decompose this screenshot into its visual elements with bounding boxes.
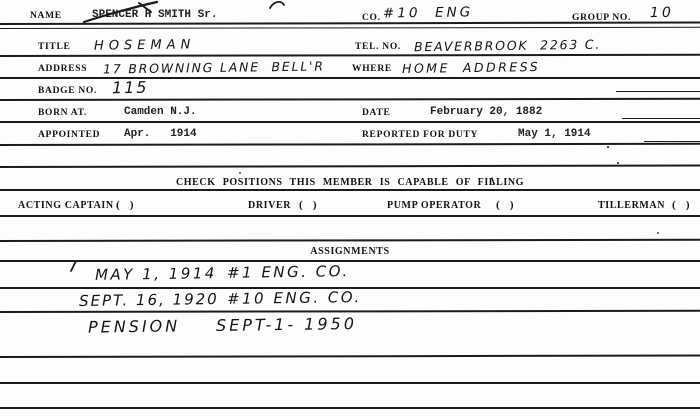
position-pump-operator-label: PUMP OPERATOR — [387, 200, 481, 211]
reported-for-duty-label: REPORTED FOR DUTY — [362, 130, 478, 140]
reported-for-duty-value: May 1, 1914 — [518, 128, 591, 140]
rule-line-fragment — [644, 141, 700, 142]
assignment-3-unit: SEPT-1- 1950 — [216, 314, 357, 335]
rule-line — [0, 165, 700, 168]
rule-line — [0, 143, 700, 146]
position-pump-operator-checkbox: ( ) — [496, 199, 514, 211]
tel-no-label: TEL. NO. — [355, 42, 401, 52]
group-no-label: GROUP NO. — [572, 13, 631, 23]
title-label: TITLE — [38, 42, 71, 52]
rule-line — [0, 407, 700, 409]
position-acting-captain-checkbox: ( ) — [116, 199, 134, 211]
rule-line — [0, 26, 700, 29]
date-label: DATE — [362, 108, 391, 118]
rule-line — [0, 189, 700, 191]
rule-line — [0, 260, 700, 262]
position-acting-captain-label: ACTING CAPTAIN — [18, 200, 114, 211]
where-label: WHERE — [352, 64, 392, 74]
born-at-value: Camden N.J. — [124, 106, 197, 118]
name-label: NAME — [30, 11, 62, 21]
born-at-label: BORN AT. — [38, 108, 87, 118]
rule-line — [0, 98, 700, 101]
rule-line — [0, 355, 700, 358]
appointed-label: APPOINTED — [38, 130, 100, 140]
assignment-1-date: MAY 1, 1914 — [95, 264, 217, 284]
rule-line — [0, 382, 700, 384]
appointed-value: Apr. 1914 — [124, 128, 197, 140]
position-tillerman-checkbox: ( ) — [672, 199, 690, 211]
badge-no-label: BADGE NO. — [38, 86, 97, 96]
rule-line — [0, 77, 700, 79]
personnel-record-card: NAME SPENCER H SMITH Sr. CO. #10 ENG GRO… — [0, 0, 700, 416]
assignment-2-unit: #10 ENG. CO. — [227, 288, 362, 308]
rule-line — [0, 121, 700, 123]
assignment-1-unit: #1 ENG. CO. — [227, 262, 350, 282]
rule-line-fragment — [616, 91, 700, 92]
position-tillerman-label: TILLERMAN — [598, 200, 665, 211]
company-label: CO. — [362, 13, 381, 23]
rule-line — [0, 310, 700, 313]
where-value: HOME ADDRESS — [402, 59, 540, 76]
address-label: ADDRESS — [38, 64, 87, 74]
badge-no-value: 115 — [112, 78, 149, 98]
rule-line-fragment — [622, 118, 700, 119]
assignment-2-date: SEPT. 16, 1920 — [79, 290, 219, 310]
position-driver-checkbox: ( ) — [299, 199, 317, 211]
positions-section-header: CHECK POSITIONS THIS MEMBER IS CAPABLE O… — [0, 177, 700, 188]
name-value: SPENCER H SMITH Sr. — [92, 9, 217, 21]
company-value: #10 ENG — [383, 4, 473, 21]
assignment-3-date: PENSION — [88, 316, 180, 336]
tel-no-value: BEAVERBROOK 2263 C. — [414, 37, 601, 55]
title-value: HOSEMAN — [94, 37, 196, 53]
address-value: 17 BROWNING LANE BELL'R — [103, 58, 325, 76]
group-no-value: 10 — [650, 5, 674, 21]
position-driver-label: DRIVER — [248, 200, 291, 211]
assignments-section-header: ASSIGNMENTS — [0, 246, 700, 257]
date-value: February 20, 1882 — [430, 106, 542, 118]
rule-line — [0, 215, 700, 217]
rule-line — [0, 54, 700, 57]
rule-line — [0, 239, 700, 242]
